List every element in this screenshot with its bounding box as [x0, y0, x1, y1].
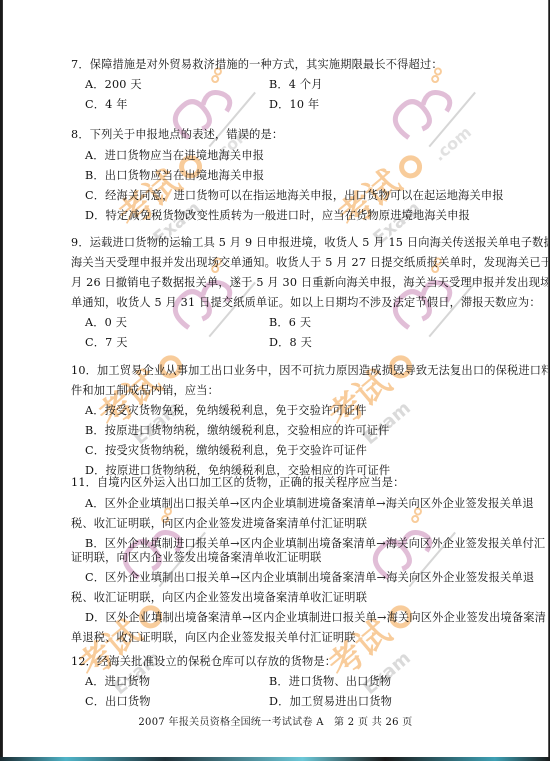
- question-12-option-c: C．出口货物: [85, 692, 151, 712]
- question-9-stem-line-4: 单通知，收货人 5 月 31 日提交纸质单证。如以上日期均不涉及法定节假日，滞报…: [71, 293, 491, 313]
- exam-page: .com .com 考试 Exam 考试 Exam: [2, 0, 549, 757]
- question-9-option-c: C．7 天: [85, 333, 128, 353]
- question-9-stem-line-1: 9．运载进口货物的运输工具 5 月 9 日申报进境，收货人 5 月 15 日向海…: [71, 233, 491, 253]
- question-12-option-d: D．加工贸易进出口货物: [269, 692, 392, 712]
- question-11-option-d-line-1: D．区外企业填制出境备案清单→区内企业填制进口报关单→海关向区外企业签发出境备案…: [85, 608, 546, 628]
- question-10-option-b: B．按原进口货物纳税，缴纳缓税利息，交验相应的许可证件: [85, 421, 390, 441]
- question-11-option-a-line-1: A．区外企业填制出口报关单→区内企业填制进境备案清单→海关向区外企业签发报关单退: [85, 494, 534, 514]
- question-11-option-c-line-1: C．区外企业填制出口报关单→区内企业填制出境备案清单→海关向区外企业签发报关单退: [85, 568, 534, 588]
- question-12-stem: 12．经海关批准设立的保税仓库可以存放的货物是：: [71, 652, 491, 672]
- question-12-option-a: A．进口货物: [85, 672, 150, 692]
- question-10-stem-line-2: 件和加工制成品内销，应当：: [71, 381, 491, 401]
- question-7-option-c: C．4 年: [85, 95, 128, 115]
- question-8-stem: 8．下列关于申报地点的表述，错误的是：: [71, 125, 491, 145]
- question-8-option-c: C．经海关同意，进口货物可以在指运地海关申报，出口货物可以在起运地海关申报: [85, 186, 504, 206]
- question-11-stem: 11．自境内区外运入出口加工区的货物，正确的报关程序应当是：: [71, 473, 491, 493]
- question-9-stem-line-2: 海关当天受理申报并发出现场交单通知。收货人于 5 月 27 日提交纸质报关单时，…: [71, 253, 491, 273]
- question-8-option-d: D．特定减免税货物改变性质转为一般进口时，应当在货物原进境地海关申报: [85, 206, 470, 226]
- question-11-option-a-line-2: 税、收汇证明联，向区内企业签发进境备案清单付汇证明联: [71, 514, 367, 534]
- question-9-option-b: B．6 天: [269, 313, 311, 333]
- question-11-option-c-line-2: 税、收汇证明联，向区内企业签发出境备案清单收汇证明联: [71, 588, 367, 608]
- question-11-option-d-line-2: 单退税、收汇证明联，向区内企业签发报关单付汇证明联: [71, 628, 356, 648]
- question-12-option-b: B．进口货物、出口货物: [269, 672, 391, 692]
- question-7-stem: 7．保障措施是对外贸易救济措施的一种方式，其实施期限最长不得超过：: [71, 55, 491, 75]
- question-11-option-b-line-2: 证明联，向区内企业签发出境备案清单收汇证明联: [71, 548, 322, 568]
- question-10-option-c: C．按受灾货物纳税，缴纳缓税利息，免于交验许可证件: [85, 441, 367, 461]
- question-7-option-b: B．4 个月: [269, 75, 323, 95]
- scan-edge: [0, 757, 550, 761]
- page-footer: 2007 年报关员资格全国统一考试试卷 A 第 2 页 共 26 页: [3, 713, 548, 733]
- question-9-stem-line-3: 月 26 日撤销电子数据报关单，遂于 5 月 30 日重新向海关申报，海关当天受…: [71, 273, 491, 293]
- question-10-stem-line-1: 10．加工贸易企业从事加工出口业务中，因不可抗力原因造成损毁导致无法复出口的保税…: [71, 361, 491, 381]
- question-9-option-d: D．8 天: [269, 333, 312, 353]
- question-8-option-a: A．进口货物应当在进境地海关申报: [85, 146, 264, 166]
- question-10-option-a: A．按受灾货物免税，免纳缓税利息，免于交验许可证件: [85, 401, 367, 421]
- question-8-option-b: B．出口货物应当在出境地海关申报: [85, 166, 264, 186]
- exam-content: 7．保障措施是对外贸易救济措施的一种方式，其实施期限最长不得超过： A．200 …: [3, 0, 548, 757]
- question-9-option-a: A．0 天: [85, 313, 127, 333]
- question-7-option-a: A．200 天: [85, 75, 142, 95]
- question-7-option-d: D．10 年: [269, 95, 319, 115]
